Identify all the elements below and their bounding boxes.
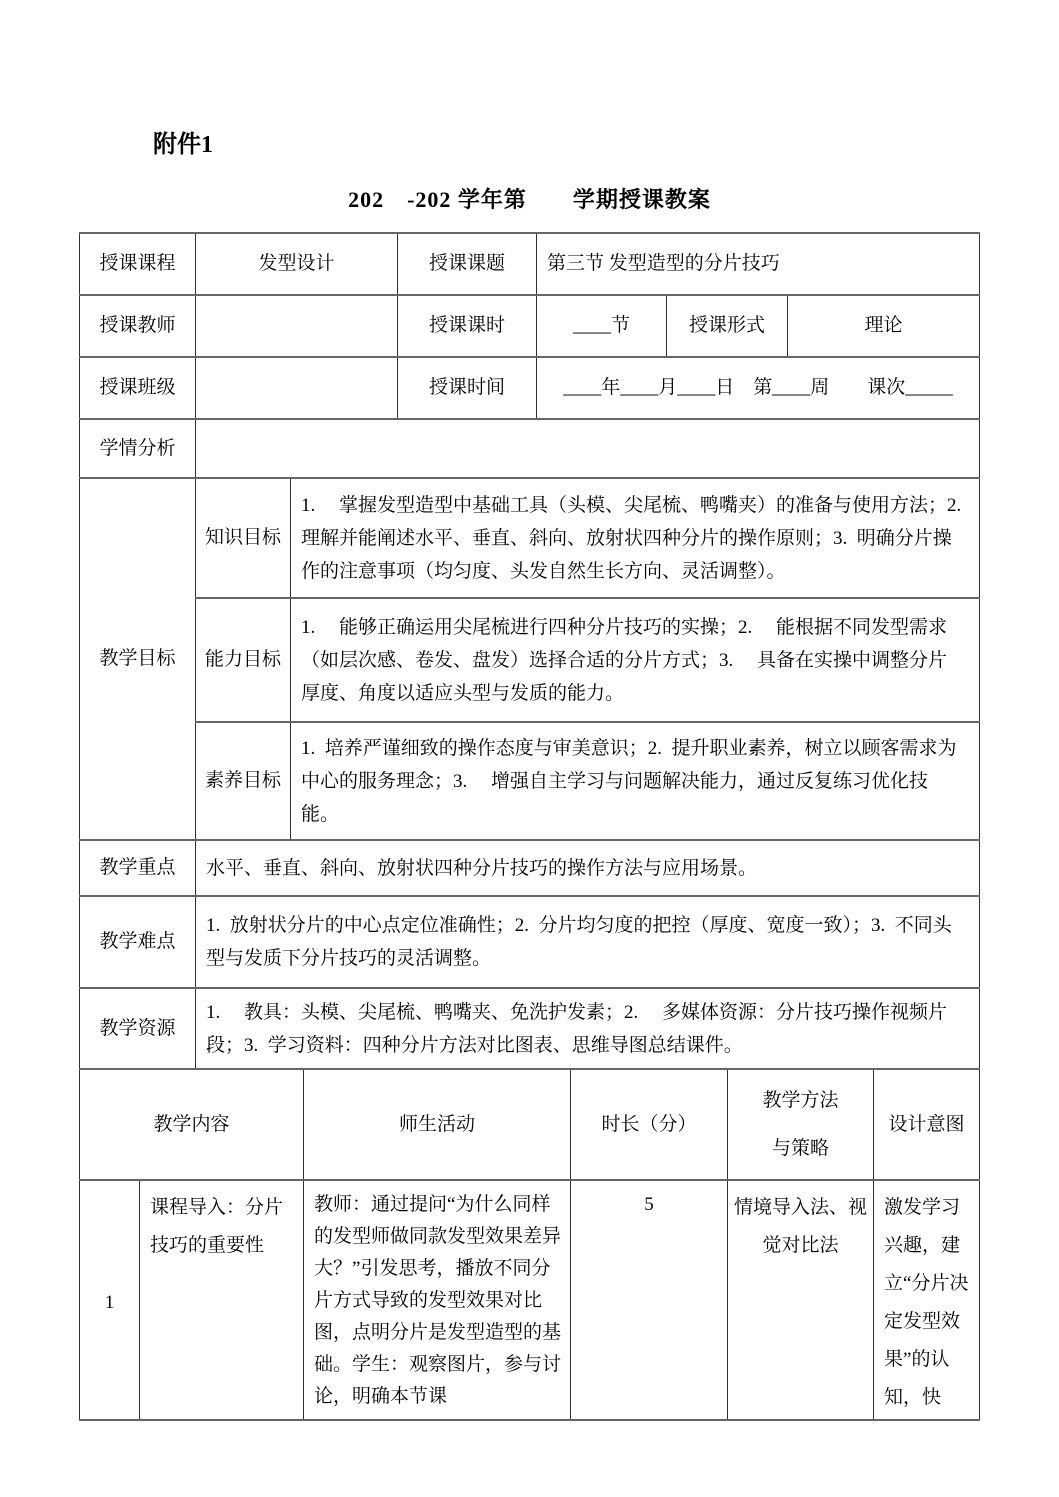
row-method: 情境导入法、视觉对比法 [728,1180,874,1420]
row-number: 1 [80,1180,140,1420]
document-page: { "header": { "attachment": "附件1", "titl… [0,0,1059,1497]
header-intent: 设计意图 [874,1069,980,1180]
ability-objective-content: 1. 能够正确运用尖尾梳进行四种分片技巧的实操；2. 能根据不同发型需求（如层次… [291,598,980,722]
time-value: ____年____月____日 第____周 课次_____ [537,357,980,419]
time-label: 授课时间 [398,357,537,419]
row-objective-ability: 能力目标 1. 能够正确运用尖尾梳进行四种分片技巧的实操；2. 能根据不同发型需… [80,598,980,722]
header-activity: 师生活动 [304,1069,571,1180]
course-label: 授课课程 [80,233,196,295]
difficulties-content: 1. 放射状分片的中心点定位准确性；2. 分片均匀度的把控（厚度、宽度一致）；3… [196,896,980,988]
ability-objective-label: 能力目标 [196,598,291,722]
row-teacher: 授课教师 授课课时 ____节 授课形式 理论 [80,295,980,357]
row-resources: 教学资源 1. 教具：头模、尖尾梳、鸭嘴夹、免洗护发素；2. 多媒体资源：分片技… [80,988,980,1069]
header-method-text: 教学方法与策略 [761,1077,841,1173]
attachment-label: 附件1 [153,0,1059,159]
hours-value: ____节 [537,295,667,357]
analysis-label: 学情分析 [80,419,196,478]
resources-content: 1. 教具：头模、尖尾梳、鸭嘴夹、免洗护发素；2. 多媒体资源：分片技巧操作视频… [196,988,980,1069]
course-value: 发型设计 [196,233,398,295]
row-key-points: 教学重点 水平、垂直、斜向、放射状四种分片技巧的操作方法与应用场景。 [80,840,980,896]
class-label: 授课班级 [80,357,196,419]
difficulties-label: 教学难点 [80,896,196,988]
row-objective-knowledge: 教学目标 知识目标 1. 掌握发型造型中基础工具（头模、尖尾梳、鸭嘴夹）的准备与… [80,478,980,598]
objectives-section-label: 教学目标 [80,478,196,840]
form-label: 授课形式 [667,295,788,357]
class-value [196,357,398,419]
row-intent: 激发学习兴趣，建立“分片决定发型效果”的认知，快 [874,1180,980,1420]
resources-label: 教学资源 [80,988,196,1069]
topic-label: 授课课题 [398,233,537,295]
basic-info-table: 授课课程 发型设计 授课课题 第三节 发型造型的分片技巧 授课教师 授课课时 _… [79,232,980,479]
row-content: 课程导入：分片技巧的重要性 [140,1180,304,1420]
objectives-table: 教学目标 知识目标 1. 掌握发型造型中基础工具（头模、尖尾梳、鸭嘴夹）的准备与… [79,477,980,1070]
row-course: 授课课程 发型设计 授课课题 第三节 发型造型的分片技巧 [80,233,980,295]
teacher-value [196,295,398,357]
hours-label: 授课课时 [398,295,537,357]
teacher-label: 授课教师 [80,295,196,357]
topic-value: 第三节 发型造型的分片技巧 [537,233,980,295]
row-analysis: 学情分析 [80,419,980,478]
knowledge-objective-label: 知识目标 [196,478,291,598]
activity-table: 教学内容 师生活动 时长（分） 教学方法与策略 设计意图 1 课程导入：分片技巧… [79,1068,980,1421]
quality-objective-content: 1. 培养严谨细致的操作态度与审美意识；2. 提升职业素养，树立以顾客需求为中心… [291,722,980,840]
activity-row-1: 1 课程导入：分片技巧的重要性 教师：通过提问“为什么同样的发型师做同款发型效果… [80,1180,980,1420]
key-points-label: 教学重点 [80,840,196,896]
row-activity: 教师：通过提问“为什么同样的发型师做同款发型效果差异大？”引发思考，播放不同分片… [304,1180,571,1420]
header-method: 教学方法与策略 [728,1069,874,1180]
activity-header-row: 教学内容 师生活动 时长（分） 教学方法与策略 设计意图 [80,1069,980,1180]
row-class: 授课班级 授课时间 ____年____月____日 第____周 课次_____ [80,357,980,419]
analysis-value [196,419,980,478]
header-content: 教学内容 [80,1069,304,1180]
page-title: 202 -202 学年第 学期授课教案 [0,183,1059,214]
key-points-content: 水平、垂直、斜向、放射状四种分片技巧的操作方法与应用场景。 [196,840,980,896]
form-value: 理论 [788,295,980,357]
row-duration: 5 [571,1180,728,1420]
header-duration: 时长（分） [571,1069,728,1180]
row-difficulties: 教学难点 1. 放射状分片的中心点定位准确性；2. 分片均匀度的把控（厚度、宽度… [80,896,980,988]
knowledge-objective-content: 1. 掌握发型造型中基础工具（头模、尖尾梳、鸭嘴夹）的准备与使用方法；2. 理解… [291,478,980,598]
row-objective-quality: 素养目标 1. 培养严谨细致的操作态度与审美意识；2. 提升职业素养，树立以顾客… [80,722,980,840]
quality-objective-label: 素养目标 [196,722,291,840]
